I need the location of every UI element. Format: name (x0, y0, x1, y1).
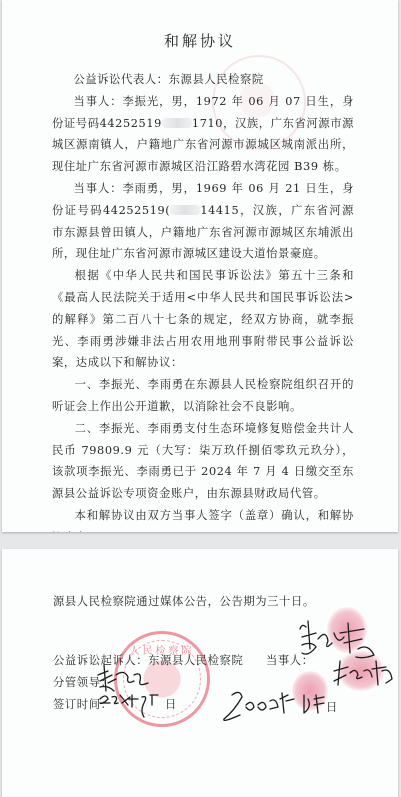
party-2-id-suffix: 14415 (200, 204, 239, 217)
paragraph-party-2: 当事人：李雨勇，男，1969 年 06 月 21 日生，身份证号码4425251… (52, 178, 354, 265)
paragraph-legal-basis: 根据《中华人民共和国民事诉讼法》第五十三条和《最高人民法院关于适用<中华人民共和… (52, 265, 354, 374)
document-title: 和解协议 (2, 30, 398, 51)
party-1-id-prefix: 44252519 (100, 117, 162, 130)
signed-date-day-char: 日 (165, 696, 177, 712)
paragraph-clause-1: 一、李振光、李雨勇在东源县人民检察院组织召开的听证会上作出公开道歉，以消除社会不… (52, 374, 354, 418)
redaction-blur (162, 118, 192, 128)
signed-date-handwriting (98, 689, 162, 723)
paragraph-representative: 公益诉讼代表人：东源县人民检察院 (52, 69, 354, 91)
redaction-blur (170, 205, 200, 215)
party-1-id-suffix: 1710 (192, 117, 223, 130)
paragraph-party-1: 当事人：李振光，男，1972 年 06 月 07 日生，身份证号码4425251… (52, 91, 354, 178)
paragraph-confirmation: 本和解协议由双方当事人签字（盖章）确认，和解协议由东 (52, 505, 354, 532)
party-2-signature (332, 657, 396, 691)
document-page-2: 源县人民检察院通过媒体公告，公告期为三十日。 人民检察院 公益诉讼起诉人：东源县… (2, 549, 398, 797)
document-page-1: 和解协议 公益诉讼代表人：东源县人民检察院 当事人：李振光，男，1972 年 0… (2, 0, 398, 532)
document-body: 公益诉讼代表人：东源县人民检察院 当事人：李振光，男，1972 年 06 月 0… (52, 69, 354, 532)
paragraph-clause-2: 二、李振光、李雨勇支付生态环境修复赔偿金共计人民币 79809.9 元（大写：柒… (52, 418, 354, 505)
party-date-handwriting (220, 685, 330, 725)
announcement-continuation: 源县人民检察院通过媒体公告，公告期为三十日。 (53, 593, 315, 609)
party-2-id-prefix: 44252519( (103, 204, 170, 217)
